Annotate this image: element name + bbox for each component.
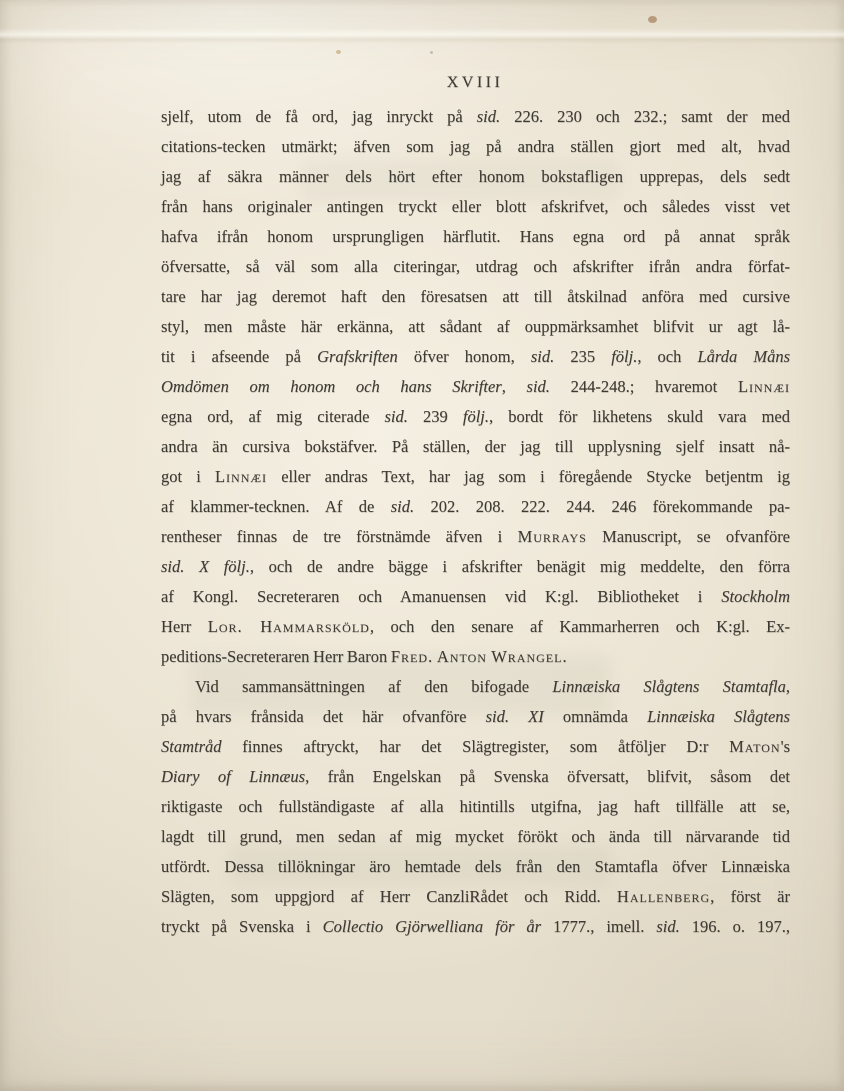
text-line: tare har jag deremot haft den föresatsen… bbox=[161, 282, 790, 312]
body-text: styl, men måste här erkänna, att sådant … bbox=[161, 317, 790, 336]
scanned-page: XVIII sjelf, utom de få ord, jag inryckt… bbox=[0, 0, 844, 1091]
body-text: lagdt till grund, men sedan af mig mycke… bbox=[161, 827, 790, 846]
italic-text: Linnæiska Slågtens bbox=[647, 707, 790, 726]
text-line: af Kongl. Secreteraren och Amanuensen vi… bbox=[161, 582, 790, 612]
italic-text: Omdömen om honom och hans Skrifter bbox=[161, 377, 502, 396]
body-text: utfördt. Dessa tillökningar äro hemtade … bbox=[161, 857, 790, 876]
body-text: eller andras Text, har jag som i föregåe… bbox=[267, 467, 790, 486]
body-text: , och den senare af Kammarherren och K:g… bbox=[370, 617, 790, 636]
page-text: sjelf, utom de få ord, jag inryckt på si… bbox=[161, 102, 790, 942]
italic-text: sid. bbox=[391, 497, 414, 516]
text-line: af klammer-tecknen. Af de sid. 202. 208.… bbox=[161, 492, 790, 522]
italic-text: sid. bbox=[656, 917, 679, 936]
body-text: öfver honom, bbox=[398, 347, 531, 366]
text-line: Diary of Linnæus, från Engelskan på Sven… bbox=[161, 762, 790, 792]
body-text: omnämda bbox=[544, 707, 647, 726]
italic-text: sid. X följ. bbox=[161, 557, 250, 576]
paper-crease bbox=[0, 28, 844, 44]
italic-text: sid. bbox=[531, 347, 554, 366]
smallcaps-name: Lor. Hammarsköld bbox=[208, 617, 370, 636]
paper-speck bbox=[336, 50, 341, 54]
text-line: sjelf, utom de få ord, jag inryckt på si… bbox=[161, 102, 790, 132]
body-text: från hans originaler antingen tryckt ell… bbox=[161, 197, 790, 216]
italic-text: sid. bbox=[477, 107, 500, 126]
italic-text: Grafskriften bbox=[317, 347, 398, 366]
text-line: lagdt till grund, men sedan af mig mycke… bbox=[161, 822, 790, 852]
italic-text: Diary of Linnæus bbox=[161, 767, 305, 786]
body-text: , först är bbox=[710, 887, 790, 906]
text-line: tit i afseende på Grafskriften öfver hon… bbox=[161, 342, 790, 372]
text-line: andra än cursiva bokstäfver. På ställen,… bbox=[161, 432, 790, 462]
paper-speck bbox=[648, 16, 657, 23]
text-line: riktigaste och fullständigaste af alla h… bbox=[161, 792, 790, 822]
text-line: Omdömen om honom och hans Skrifter, sid.… bbox=[161, 372, 790, 402]
body-text: öfversatte, så väl som alla citeringar, … bbox=[161, 257, 790, 276]
body-text: 239 bbox=[408, 407, 463, 426]
body-text: tryckt på Svenska i bbox=[161, 917, 323, 936]
body-text: Manuscript, se ofvanföre bbox=[587, 527, 790, 546]
italic-text: följ. bbox=[611, 347, 637, 366]
text-line: tryckt på Svenska i Collectio Gjörwellia… bbox=[161, 912, 790, 942]
text-line: Slägten, som uppgjord af Herr CanzliRåde… bbox=[161, 882, 790, 912]
body-text: peditions-Secreteraren Herr Baron bbox=[161, 647, 391, 666]
italic-text: Collectio Gjörwelliana för år bbox=[323, 917, 541, 936]
body-text: Herr bbox=[161, 617, 208, 636]
italic-text: Lårda Måns bbox=[698, 347, 791, 366]
smallcaps-name: Maton bbox=[729, 737, 780, 756]
body-text: 196. o. 197., bbox=[680, 917, 790, 936]
text-line: styl, men måste här erkänna, att sådant … bbox=[161, 312, 790, 342]
body-text: 244-248.; hvaremot bbox=[550, 377, 738, 396]
body-text: , bbox=[502, 377, 527, 396]
body-text: , bbox=[786, 677, 790, 696]
text-line: got i Linnæi eller andras Text, har jag … bbox=[161, 462, 790, 492]
italic-text: sid. bbox=[385, 407, 408, 426]
body-text: hafva ifrån honom ursprungligen härfluti… bbox=[161, 227, 790, 246]
italic-text: följ. bbox=[463, 407, 489, 426]
body-text: af Kongl. Secreteraren och Amanuensen vi… bbox=[161, 587, 721, 606]
body-text: 202. 208. 222. 244. 246 förekommande pa- bbox=[414, 497, 790, 516]
italic-text: Stamtråd bbox=[161, 737, 222, 756]
text-line: hafva ifrån honom ursprungligen härfluti… bbox=[161, 222, 790, 252]
body-text: finnes aftryckt, har det Slägtregister, … bbox=[222, 737, 730, 756]
body-text: tare har jag deremot haft den föresatsen… bbox=[161, 287, 790, 306]
text-line: peditions-Secreteraren Herr Baron Fred. … bbox=[161, 642, 790, 672]
text-line: Herr Lor. Hammarsköld, och den senare af… bbox=[161, 612, 790, 642]
body-text: andra än cursiva bokstäfver. På ställen,… bbox=[161, 437, 790, 456]
smallcaps-name: Linnæi bbox=[215, 467, 267, 486]
body-text: tit i afseende på bbox=[161, 347, 317, 366]
smallcaps-name: Hallenberg bbox=[617, 887, 710, 906]
text-line: citations-tecken utmärkt; äfven som jag … bbox=[161, 132, 790, 162]
italic-text: sid. bbox=[527, 377, 550, 396]
text-line: jag af säkra männer dels hört efter hono… bbox=[161, 162, 790, 192]
body-text: 1777., imell. bbox=[541, 917, 656, 936]
text-line: sid. X följ., och de andre bägge i afskr… bbox=[161, 552, 790, 582]
body-text: Slägten, som uppgjord af Herr CanzliRåde… bbox=[161, 887, 617, 906]
paper-speck bbox=[430, 51, 433, 54]
text-line: egna ord, af mig citerade sid. 239 följ.… bbox=[161, 402, 790, 432]
body-text: egna ord, af mig citerade bbox=[161, 407, 385, 426]
body-text: 235 bbox=[554, 347, 611, 366]
smallcaps-name: Fred. Anton Wrangel bbox=[391, 647, 563, 666]
text-line: utfördt. Dessa tillökningar äro hemtade … bbox=[161, 852, 790, 882]
body-text: , från Engelskan på Svenska öfversatt, b… bbox=[305, 767, 790, 786]
italic-text: Stockholm bbox=[721, 587, 790, 606]
body-text: 226. 230 och 232.; samt der med bbox=[500, 107, 790, 126]
body-text: , och de andre bägge i afskrifter benägi… bbox=[250, 557, 790, 576]
text-line: rentheser finnas de tre förstnämde äfven… bbox=[161, 522, 790, 552]
italic-text: Linnæiska Slågtens Stamtafla bbox=[552, 677, 786, 696]
body-text: rentheser finnas de tre förstnämde äfven… bbox=[161, 527, 518, 546]
body-text: sjelf, utom de få ord, jag inryckt på bbox=[161, 107, 477, 126]
body-text: Vid sammansättningen af den bifogade bbox=[195, 677, 552, 696]
smallcaps-name: Linnæi bbox=[738, 377, 790, 396]
body-text: . bbox=[562, 647, 566, 666]
page-number: XVIII bbox=[161, 74, 789, 92]
text-line: från hans originaler antingen tryckt ell… bbox=[161, 192, 790, 222]
body-text: got i bbox=[161, 467, 215, 486]
body-text: riktigaste och fullständigaste af alla h… bbox=[161, 797, 790, 816]
body-text: af klammer-tecknen. Af de bbox=[161, 497, 391, 516]
text-line: öfversatte, så väl som alla citeringar, … bbox=[161, 252, 790, 282]
text-line: Vid sammansättningen af den bifogade Lin… bbox=[161, 672, 790, 702]
body-text: på hvars frånsida det här ofvanföre bbox=[161, 707, 486, 726]
body-text: , bordt för likhetens skuld vara med bbox=[489, 407, 790, 426]
text-line: Stamtråd finnes aftryckt, har det Slägtr… bbox=[161, 732, 790, 762]
body-text: , och bbox=[637, 347, 697, 366]
text-line: på hvars frånsida det här ofvanföre sid.… bbox=[161, 702, 790, 732]
body-text: 's bbox=[781, 737, 790, 756]
smallcaps-name: Murrays bbox=[518, 527, 587, 546]
body-text: jag af säkra männer dels hört efter hono… bbox=[161, 167, 790, 186]
italic-text: sid. XI bbox=[486, 707, 544, 726]
body-text: citations-tecken utmärkt; äfven som jag … bbox=[161, 137, 790, 156]
